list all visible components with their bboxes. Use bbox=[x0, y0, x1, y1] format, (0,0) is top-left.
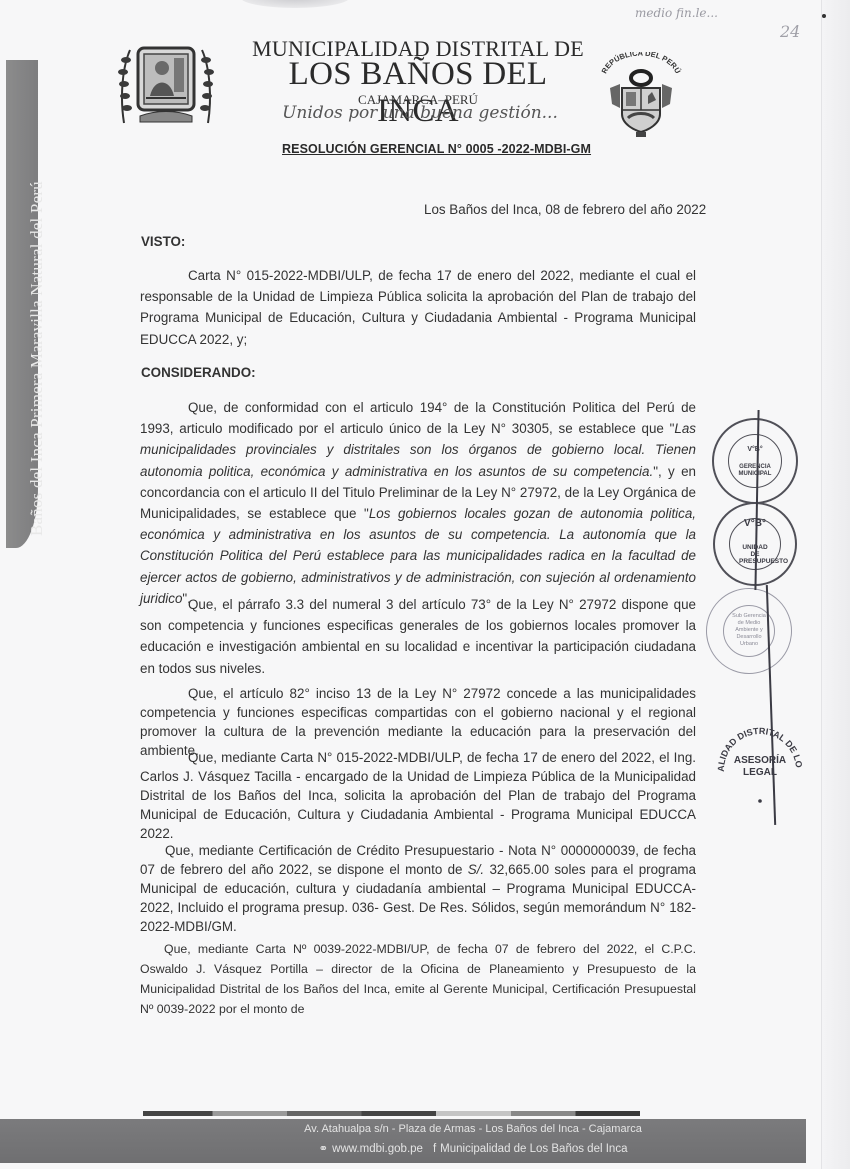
considerando-paragraph-4: Que, mediante Carta N° 015-2022-MDBI/ULP… bbox=[140, 748, 696, 843]
considerando-heading: CONSIDERANDO: bbox=[141, 365, 256, 380]
date-line: Los Baños del Inca, 08 de febrero del añ… bbox=[424, 202, 706, 217]
stamp-gerencia-municipal: V°B° GERENCIA MUNICIPAL bbox=[712, 418, 798, 504]
slogan: Unidos por una buena gestión... bbox=[270, 103, 570, 123]
considerando-paragraph-5: Que, mediante Certificación de Crédito P… bbox=[140, 841, 696, 936]
footer-website[interactable]: www.mdbi.gob.pe bbox=[332, 1143, 423, 1155]
globe-icon: ⚭ bbox=[319, 1143, 329, 1155]
footer-facebook[interactable]: Municipalidad de Los Baños del Inca bbox=[440, 1143, 627, 1155]
visto-paragraph: Carta N° 015-2022-MDBI/ULP, de fecha 17 … bbox=[140, 265, 696, 350]
considerando-paragraph-1: Que, de conformidad con el articulo 194°… bbox=[140, 397, 696, 609]
peru-coat-of-arms-icon: REPÚBLICA DEL PERÚ bbox=[598, 52, 684, 138]
side-ribbon-text: Baños del Inca Primera Maravilla Natural… bbox=[27, 66, 47, 536]
footer-stripe bbox=[143, 1111, 640, 1116]
scan-speck bbox=[822, 14, 826, 18]
facebook-icon: f bbox=[433, 1143, 436, 1155]
municipal-crest-icon bbox=[116, 38, 216, 128]
resolution-title: RESOLUCIÓN GERENCIAL N° 0005 -2022-MDBI-… bbox=[282, 142, 591, 156]
considerando-paragraph-2: Que, el párrafo 3.3 del numeral 3 del ar… bbox=[140, 594, 696, 679]
stamp-subgerencia-medio-ambiente: Sub Gerencia de Medio Ambiente y Desarro… bbox=[706, 588, 792, 674]
footer-address: Av. Atahualpa s/n - Plaza de Armas - Los… bbox=[0, 1123, 806, 1135]
scan-shadow bbox=[240, 0, 350, 8]
footer-contact: ⚭www.mdbi.gob.pefMunicipalidad de Los Ba… bbox=[0, 1141, 806, 1155]
side-ribbon: Baños del Inca Primera Maravilla Natural… bbox=[6, 60, 38, 548]
handwritten-note: medio fin.le... bbox=[635, 6, 718, 20]
page-edge bbox=[821, 0, 850, 1169]
handwritten-page-number: 24 bbox=[780, 22, 800, 41]
visto-heading: VISTO: bbox=[141, 234, 185, 249]
stamp-asesoria-legal: MUNICIPALIDAD DISTRITAL DE LOS BAÑOS ASE… bbox=[712, 718, 808, 814]
considerando-paragraph-6: Que, mediante Carta Nº 0039-2022-MDBI/UP… bbox=[140, 939, 696, 1019]
